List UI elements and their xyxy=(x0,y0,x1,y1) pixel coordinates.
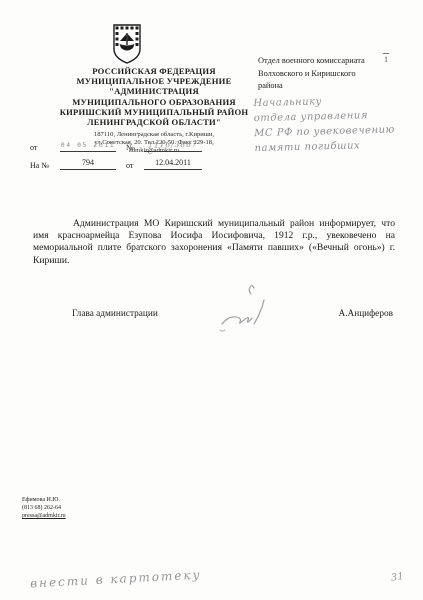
org-line: МУНИЦИПАЛЬНОГО ОБРАЗОВАНИЯ xyxy=(40,97,268,107)
outgoing-number-field: 1116/3887 xyxy=(144,140,202,152)
handwritten-page-number: 31 xyxy=(390,571,404,584)
signatory-title: Глава администрации xyxy=(72,309,158,319)
addressee-line: Волховского и Киришского xyxy=(258,68,388,81)
handwritten-bottom-note: внести в картотеку xyxy=(30,568,202,591)
signatory-name: А.Анциферов xyxy=(338,309,393,319)
address-line: 187110, Ленинградская область, г.Кириши, xyxy=(40,131,268,139)
date-stamp: 04 05 2011 xyxy=(61,141,115,149)
incoming-number-field: 794 xyxy=(60,158,116,170)
letterhead-org-block: РОССИЙСКАЯ ФЕДЕРАЦИЯ МУНИЦИПАЛЬНОЕ УЧРЕЖ… xyxy=(40,66,268,127)
ot-label-2: от xyxy=(126,161,144,170)
addressee-line: Отдел военного комиссариата xyxy=(258,55,388,68)
ref-row-incoming: На № 794 от 12.04.2011 xyxy=(30,158,230,170)
addressee-line: района xyxy=(258,80,388,93)
org-line: "АДМИНИСТРАЦИЯ xyxy=(40,86,268,96)
executor-contact-block: Ефимова И.Ю. (813 68) 262-64 pressa@admk… xyxy=(22,496,66,520)
handwritten-number: 1116/3887 xyxy=(148,140,198,150)
handwritten-addressee-note: Начальнику отдела управления МС РФ по ув… xyxy=(253,92,415,156)
executor-phone: (813 68) 262-64 xyxy=(22,504,66,512)
org-line: ЛЕНИНГРАДСКОЙ ОБЛАСТИ" xyxy=(40,117,268,127)
letter-body-paragraph: Администрация МО Киришский муниципальный… xyxy=(33,218,395,267)
reference-fields: от 04 05 2011 № 1116/3887 На № 794 от 12… xyxy=(30,140,230,176)
handwritten-line: памяти погибших xyxy=(254,137,414,156)
executor-email: pressa@admkir.ru xyxy=(22,512,66,520)
coat-of-arms-icon xyxy=(112,24,142,64)
scanned-letter-page: РОССИЙСКАЯ ФЕДЕРАЦИЯ МУНИЦИПАЛЬНОЕ УЧРЕЖ… xyxy=(0,0,423,600)
addressee-block: Отдел военного комиссариата Волховского … xyxy=(258,55,388,93)
handwritten-corner-mark: 1 xyxy=(383,53,389,64)
no-label: № xyxy=(126,143,144,152)
org-line: КИРИШСКИЙ МУНИЦИПАЛЬНЫЙ РАЙОН xyxy=(40,107,268,117)
na-no-label: На № xyxy=(30,161,60,170)
outgoing-date-field: 04 05 2011 xyxy=(60,140,116,152)
ot-label: от xyxy=(30,143,60,152)
signature-scribble xyxy=(218,280,278,335)
org-line: РОССИЙСКАЯ ФЕДЕРАЦИЯ xyxy=(40,66,268,76)
incoming-date-field: 12.04.2011 xyxy=(144,158,202,170)
executor-name: Ефимова И.Ю. xyxy=(22,496,66,504)
org-line: МУНИЦИПАЛЬНОЕ УЧРЕЖДЕНИЕ xyxy=(40,76,268,86)
incoming-number: 794 xyxy=(82,158,94,167)
ref-row-outgoing: от 04 05 2011 № 1116/3887 xyxy=(30,140,230,152)
incoming-date: 12.04.2011 xyxy=(155,158,191,167)
